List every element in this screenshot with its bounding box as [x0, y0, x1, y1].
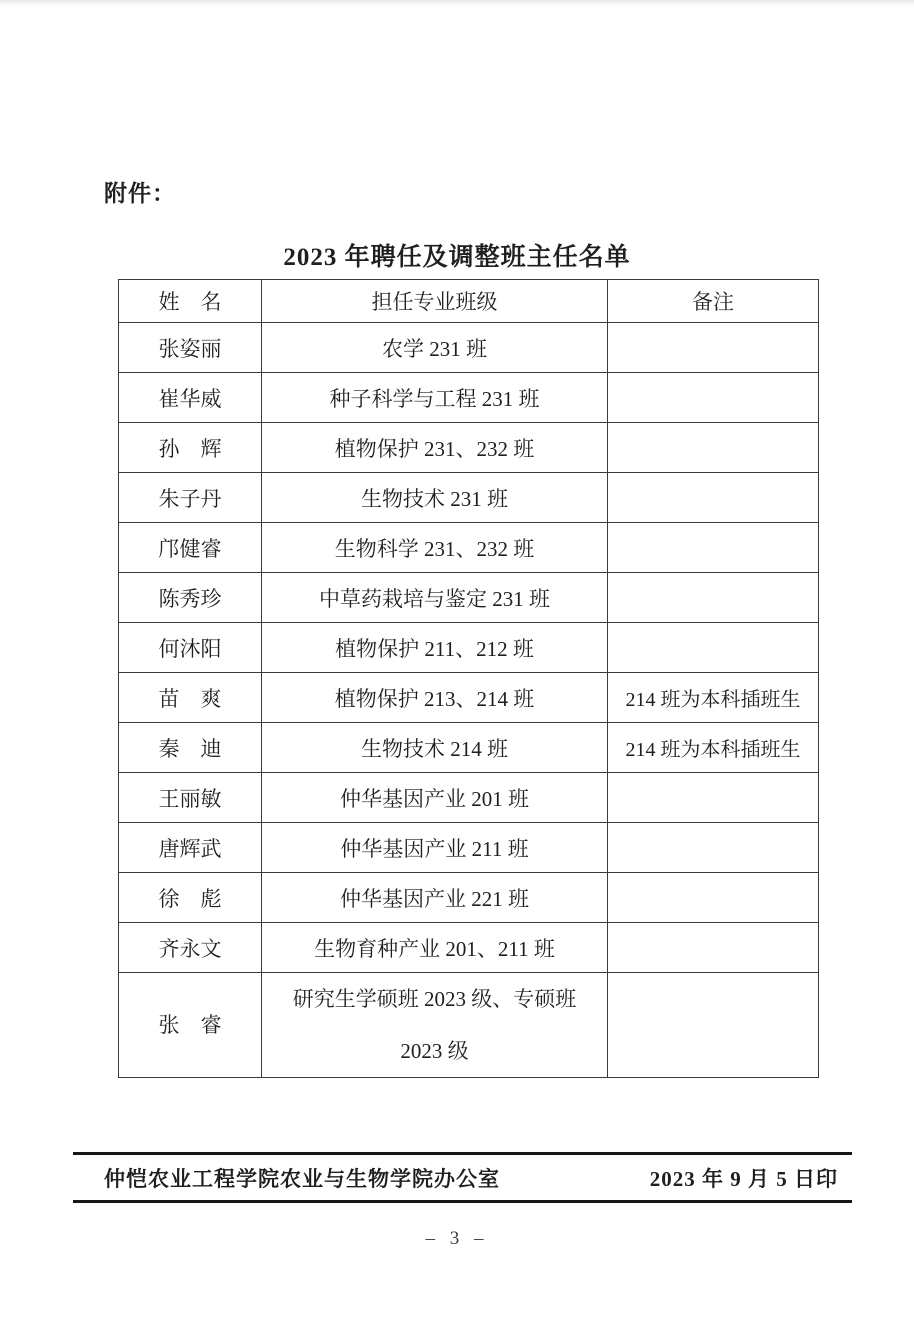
- remark-cell: [608, 473, 819, 523]
- class-cell: 仲华基因产业 201 班: [262, 773, 608, 823]
- remark-cell: 214 班为本科插班生: [608, 673, 819, 723]
- name-cell: 何沐阳: [119, 623, 262, 673]
- table-row: 陈秀珍中草药栽培与鉴定 231 班: [119, 573, 819, 623]
- remark-cell: [608, 573, 819, 623]
- remark-cell: [608, 773, 819, 823]
- header-class: 担任专业班级: [262, 280, 608, 323]
- class-cell: 植物保护 211、212 班: [262, 623, 608, 673]
- table-row: 邝健睿生物科学 231、232 班: [119, 523, 819, 573]
- class-cell: 仲华基因产业 211 班: [262, 823, 608, 873]
- class-cell: 研究生学硕班 2023 级、专硕班 2023 级: [262, 973, 608, 1078]
- table-row: 齐永文生物育种产业 201、211 班: [119, 923, 819, 973]
- table-row: 何沐阳植物保护 211、212 班: [119, 623, 819, 673]
- table-row: 崔华威种子科学与工程 231 班: [119, 373, 819, 423]
- name-cell: 齐永文: [119, 923, 262, 973]
- name-cell: 朱子丹: [119, 473, 262, 523]
- name-cell: 张姿丽: [119, 323, 262, 373]
- remark-cell: [608, 373, 819, 423]
- class-cell: 生物科学 231、232 班: [262, 523, 608, 573]
- header-name: 姓 名: [119, 280, 262, 323]
- name-cell: 苗 爽: [119, 673, 262, 723]
- name-cell: 王丽敏: [119, 773, 262, 823]
- name-cell: 张 睿: [119, 973, 262, 1078]
- page-title: 2023 年聘任及调整班主任名单: [0, 237, 914, 273]
- remark-cell: [608, 323, 819, 373]
- table-row: 苗 爽植物保护 213、214 班214 班为本科插班生: [119, 673, 819, 723]
- name-cell: 徐 彪: [119, 873, 262, 923]
- class-cell: 种子科学与工程 231 班: [262, 373, 608, 423]
- remark-cell: [608, 823, 819, 873]
- header-remark: 备注: [608, 280, 819, 323]
- roster-table-head: 姓 名 担任专业班级 备注: [119, 280, 819, 323]
- class-cell: 生物技术 231 班: [262, 473, 608, 523]
- name-cell: 崔华威: [119, 373, 262, 423]
- table-row: 王丽敏仲华基因产业 201 班: [119, 773, 819, 823]
- footer-office: 仲恺农业工程学院农业与生物学院办公室: [104, 1163, 500, 1193]
- remark-cell: [608, 423, 819, 473]
- remark-cell: 214 班为本科插班生: [608, 723, 819, 773]
- table-row: 张姿丽农学 231 班: [119, 323, 819, 373]
- attachment-label: 附件：: [104, 175, 176, 208]
- table-row: 张 睿研究生学硕班 2023 级、专硕班 2023 级: [119, 973, 819, 1078]
- remark-cell: [608, 623, 819, 673]
- remark-cell: [608, 923, 819, 973]
- table-row: 孙 辉植物保护 231、232 班: [119, 423, 819, 473]
- footer-band: 仲恺农业工程学院农业与生物学院办公室 2023 年 9 月 5 日印: [73, 1152, 852, 1203]
- table-row: 朱子丹生物技术 231 班: [119, 473, 819, 523]
- remark-cell: [608, 873, 819, 923]
- roster-table: 姓 名 担任专业班级 备注 张姿丽农学 231 班崔华威种子科学与工程 231 …: [118, 279, 819, 1078]
- class-cell: 仲华基因产业 221 班: [262, 873, 608, 923]
- class-cell: 生物技术 214 班: [262, 723, 608, 773]
- name-cell: 邝健睿: [119, 523, 262, 573]
- remark-cell: [608, 523, 819, 573]
- header-row: 姓 名 担任专业班级 备注: [119, 280, 819, 323]
- name-cell: 秦 迪: [119, 723, 262, 773]
- footer-print-date: 2023 年 9 月 5 日印: [650, 1163, 838, 1193]
- roster-table-body: 张姿丽农学 231 班崔华威种子科学与工程 231 班孙 辉植物保护 231、2…: [119, 323, 819, 1078]
- scanned-document-page: { "page": { "attachment_label": "附件：", "…: [0, 0, 914, 1341]
- class-cell: 生物育种产业 201、211 班: [262, 923, 608, 973]
- name-cell: 陈秀珍: [119, 573, 262, 623]
- name-cell: 孙 辉: [119, 423, 262, 473]
- table-row: 唐辉武仲华基因产业 211 班: [119, 823, 819, 873]
- class-cell: 植物保护 213、214 班: [262, 673, 608, 723]
- scan-edge-artifact: [0, 0, 914, 6]
- remark-cell: [608, 973, 819, 1078]
- page-number: – 3 –: [0, 1228, 914, 1250]
- class-cell: 植物保护 231、232 班: [262, 423, 608, 473]
- name-cell: 唐辉武: [119, 823, 262, 873]
- table-row: 秦 迪生物技术 214 班214 班为本科插班生: [119, 723, 819, 773]
- class-cell: 农学 231 班: [262, 323, 608, 373]
- class-cell: 中草药栽培与鉴定 231 班: [262, 573, 608, 623]
- table-row: 徐 彪仲华基因产业 221 班: [119, 873, 819, 923]
